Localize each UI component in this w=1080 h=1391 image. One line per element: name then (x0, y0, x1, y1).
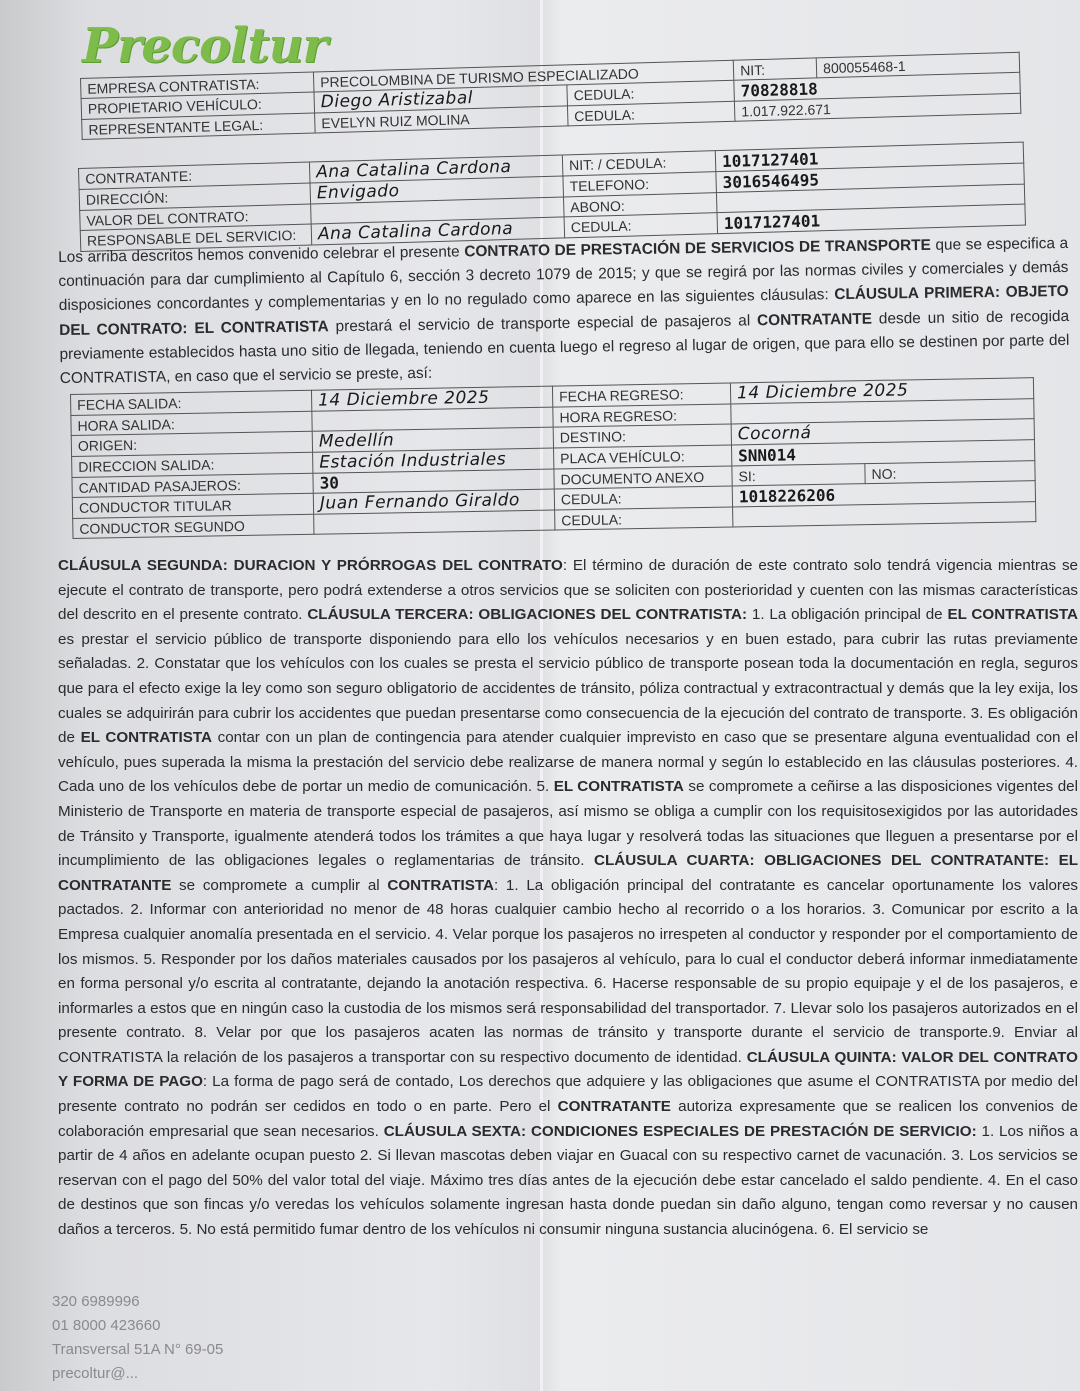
clauses-body: CLÁUSULA SEGUNDA: DURACION Y PRÓRROGAS D… (58, 554, 1078, 1243)
trip-details-table: FECHA SALIDA: 14 Diciembre 2025 FECHA RE… (70, 377, 1036, 539)
conductor2-label: CONDUCTOR SEGUNDO (73, 514, 314, 538)
responsable-cedula-label: CEDULA: (564, 213, 718, 238)
clause-2-title: CLÁUSULA SEGUNDA: DURACION Y PRÓRROGAS D… (58, 557, 563, 574)
conductor2-cedula-value (733, 502, 1036, 527)
conductor2-value (314, 510, 555, 534)
footer-email: precoltur@... (52, 1362, 223, 1386)
conductor2-cedula-label: CEDULA: (555, 507, 733, 530)
anexo-si: SI: (732, 464, 865, 486)
contract-title: CONTRATO DE PRESTACIÓN DE SERVICIOS DE T… (464, 237, 931, 261)
nit-label: NIT: (733, 58, 817, 80)
footer-address: Transversal 51A N° 69-05 (52, 1338, 223, 1362)
footer-contact: 320 6989996 01 8000 423660 Transversal 5… (52, 1290, 223, 1386)
clause-3-title: CLÁUSULA TERCERA: OBLIGACIONES DEL CONTR… (307, 606, 747, 623)
footer-phone-2: 01 8000 423660 (52, 1314, 223, 1338)
clause-6-title: CLÁUSULA SEXTA: CONDICIONES ESPECIALES D… (384, 1123, 977, 1140)
representante-cedula-label: CEDULA: (567, 101, 735, 126)
company-logo: Precoltur (82, 18, 327, 74)
intro-paragraph: Los arriba descritos hemos convenido cel… (58, 232, 1070, 391)
footer-phone-1: 320 6989996 (52, 1290, 223, 1314)
